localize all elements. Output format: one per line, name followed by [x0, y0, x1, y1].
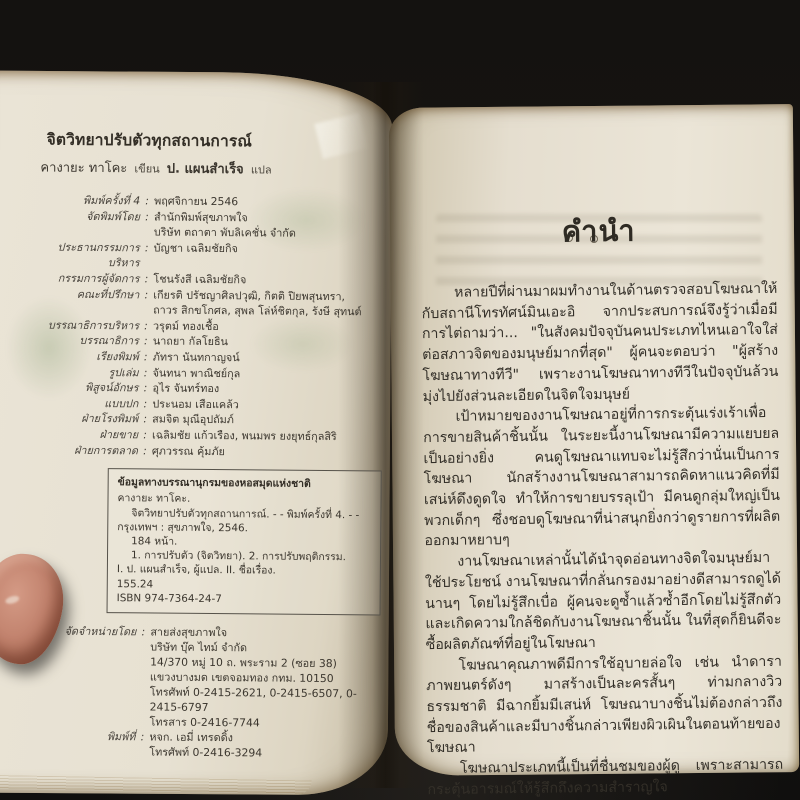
colon: :: [139, 334, 153, 350]
colon: :: [139, 349, 153, 365]
credit-label: บรรณาธิการบริหาร: [37, 317, 139, 333]
distribution-row: พิมพ์ที่:หจก. เอมี่ เทรดดิ้ง: [33, 728, 383, 746]
author-name: คางายะ ทาโคะ: [40, 161, 127, 177]
credit-label: จัดพิมพ์โดย: [38, 208, 140, 224]
credit-label: ฝ่ายการตลาด: [36, 442, 138, 458]
colon: :: [138, 396, 152, 412]
colon: :: [138, 427, 152, 443]
national-library-cataloging-box: ข้อมูลทางบรรณานุกรมของหอสมุดแห่งชาติ คาง…: [107, 468, 382, 615]
book-title: จิตวิทยาปรับตัวทุกสถานการณ์: [47, 127, 389, 155]
cataloging-line: I. ป. แผนสำเร็จ, ผู้แปล. II. ชื่อเรื่อง.: [117, 562, 371, 578]
colon: :: [140, 240, 154, 271]
credit-row: คณะที่ปรึกษา:เกียรติ ปรัชญาศิลปวุฒิ, กิต…: [37, 286, 387, 305]
credit-label: บรรณาธิการ: [37, 333, 139, 349]
credit-value: บัญชา เฉลิมชัยกิจ: [154, 240, 388, 273]
preface-paragraph: โฆษณาคุณภาพดีมีการใช้อุบายล่อใจ เช่น นำด…: [426, 651, 783, 759]
cataloging-header: ข้อมูลทางบรรณานุกรมของหอสมุดแห่งชาติ: [118, 475, 372, 491]
colon: :: [136, 624, 150, 639]
book-photo: จิตวิทยาปรับตัวทุกสถานการณ์ คางายะ ทาโคะ…: [0, 0, 800, 800]
copyright-page: จิตวิทยาปรับตัวทุกสถานการณ์ คางายะ ทาโคะ…: [33, 126, 389, 761]
translator-name: ป. แผนสำเร็จ: [167, 162, 244, 178]
credit-label: พิมพ์ครั้งที่ 4: [38, 192, 140, 208]
colon: :: [140, 209, 154, 225]
translated-label: แปล: [251, 163, 272, 176]
cataloging-line: คางายะ ทาโคะ.: [117, 491, 371, 507]
credit-row: ประธานกรรมการบริหาร:บัญชา เฉลิมชัยกิจ: [38, 239, 388, 273]
wrote-label: เขียน: [134, 162, 159, 175]
credit-label: แบบปก: [36, 395, 138, 411]
colon: :: [138, 412, 152, 428]
preface-paragraph: โฆษณาประเภทนี้เป็นที่ชื่นชมของผู้ดู เพรา…: [427, 755, 783, 800]
credit-label: เรียงพิมพ์: [37, 348, 139, 364]
distribution-value: โทรศัพท์ 0-2416-3294: [149, 744, 383, 761]
preface-paragraph: หลายปีที่ผ่านมาผมทำงานในด้านตรวจสอบโฆษณา…: [421, 279, 778, 408]
colon: :: [138, 443, 152, 459]
distribution-label: พิมพ์ที่: [33, 728, 135, 744]
preface-page: คำนำ หลายปีที่ผ่านมาผมทำงานในด้านตรวจสอบ…: [420, 206, 783, 800]
thumb-highlight: [5, 595, 20, 606]
credit-row: จัดพิมพ์โดย:สำนักพิมพ์สุขภาพใจ: [38, 208, 388, 227]
credit-value: ศุภวรรณ คุ้มภัย: [152, 443, 386, 461]
distribution-value: โทรศัพท์ 0-2415-2621, 0-2415-6507, 0-241…: [150, 684, 384, 716]
preface-paragraph: เป้าหมายของงานโฆษณาอยู่ที่การกระตุ้นเร่ง…: [423, 403, 781, 552]
credits-list: พิมพ์ครั้งที่ 4:พฤศจิกายน 2546 จัดพิมพ์โ…: [36, 192, 388, 460]
preface-paragraph: งานโฆษณาเหล่านั้นได้นำจุดอ่อนทางจิตใจมนุ…: [425, 548, 782, 656]
colon: :: [135, 729, 149, 744]
isbn-line: ISBN 974-7364-24-7: [117, 591, 371, 607]
credit-row: ฝ่ายการตลาด:ศุภวรรณ คุ้มภัย: [36, 442, 386, 461]
credit-label: ประธานกรรมการบริหาร: [38, 239, 140, 271]
credit-label: ฝ่ายโรงพิมพ์: [36, 411, 138, 427]
colon: :: [138, 380, 152, 396]
distribution-list: จัดจำหน่ายโดย:สายส่งสุขภาพใจ บริษัท บุ๊ค…: [33, 623, 384, 761]
colon: :: [140, 193, 154, 209]
byline: คางายะ ทาโคะ เขียน ป. แผนสำเร็จ แปล: [40, 157, 388, 181]
credit-label: คณะที่ปรึกษา: [37, 286, 139, 302]
credit-label: กรรมการผู้จัดการ: [37, 270, 139, 286]
credit-label: พิสูจน์อักษร: [36, 380, 138, 396]
preface-heading: คำนำ: [420, 206, 777, 256]
colon: :: [139, 318, 153, 334]
credit-label: ฝ่ายขาย: [36, 426, 138, 442]
credit-label: รูปเล่ม: [37, 364, 139, 380]
distribution-row: จัดจำหน่ายโดย:สายส่งสุขภาพใจ: [34, 623, 384, 641]
colon: :: [139, 271, 153, 287]
colon: :: [139, 365, 153, 381]
distribution-row: โทรศัพท์ 0-2415-2621, 0-2415-6507, 0-241…: [34, 683, 384, 716]
colon: :: [139, 287, 153, 303]
cataloging-lines: คางายะ ทาโคะ. จิตวิทยาปรับตัวทุกสถานการณ…: [117, 491, 372, 607]
distribution-row: โทรศัพท์ 0-2416-3294: [33, 743, 383, 761]
